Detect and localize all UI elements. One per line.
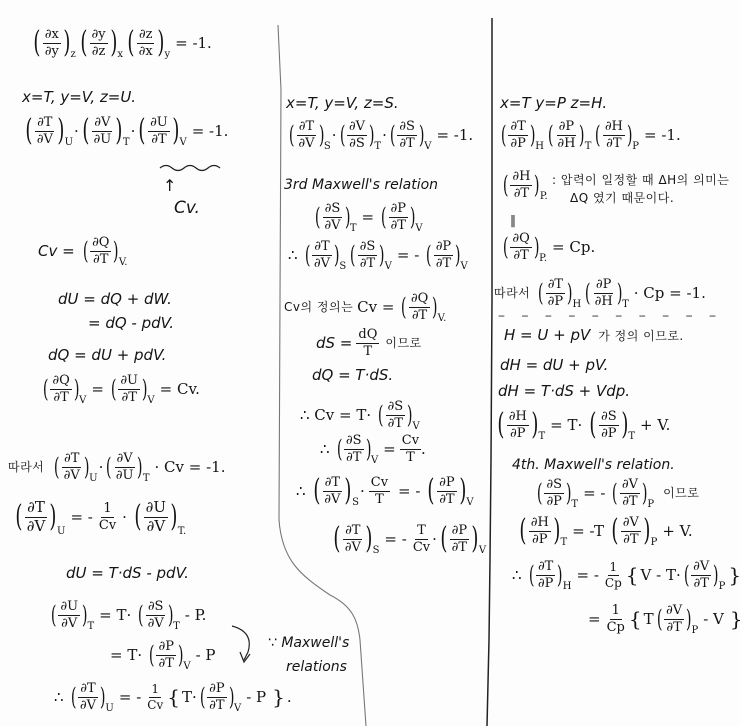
- cyclic-TVS: (∂T∂V)S· (∂V∂S)T· (∂S∂T)V = -1.: [286, 120, 477, 150]
- cyclic-TVU: (∂T∂V)U· (∂V∂U)T· (∂U∂T)V = -1.: [22, 116, 232, 146]
- equals-vertical: ‖: [510, 214, 516, 226]
- substitution-TPH: x=T y=P z=H.: [500, 96, 607, 111]
- dQ-TdS: dQ = T·dS.: [312, 368, 393, 383]
- notes-page: (∂x∂y)z (∂y∂z)x (∂z∂x)y = -1. x=T, y=V, …: [0, 0, 740, 726]
- dSdT-relation: ∴ (∂S∂T)V = CvT.: [316, 434, 426, 464]
- dHdT-P: (∂H∂T)P.: [500, 170, 549, 200]
- substitution-TVS: x=T, y=V, z=S.: [286, 96, 399, 111]
- cv-TdS: ∴ Cv = T· (∂S∂T)V: [296, 400, 421, 430]
- dashed-separator: – – – – – – – – – –: [498, 308, 722, 324]
- fundamental-relation: dU = T·dS - pdV.: [66, 566, 189, 581]
- dHdT-note-line1: : 압력이 일정할 때 ΔH의 의미는: [552, 174, 729, 186]
- dHdT-note-line2: ΔQ 였기 때문이다.: [570, 192, 674, 204]
- maxwell-4-title: 4th. Maxwell's relation.: [512, 458, 675, 472]
- dHdP-2: (∂H∂P)T = -T (∂V∂T)P + V.: [516, 516, 697, 546]
- cp-definition: (∂Q∂T)P. = Cp.: [500, 232, 599, 262]
- joule-coefficient-result: ∴ (∂T∂V)U = - 1Cv {T· (∂P∂T)V - P}.: [50, 682, 292, 712]
- dUdV-2: = T· (∂P∂T)V - P: [106, 640, 220, 670]
- cv-definition: Cv = (∂Q∂T)V.: [38, 236, 128, 266]
- substitution-TVU: x=T, y=V, z=U.: [22, 90, 136, 105]
- middle-therefore-2: ∴ (∂T∂V)S· CvT = - (∂P∂T)V: [292, 476, 475, 506]
- joule-coefficient-1: (∂T∂V)U = - 1Cv · (∂U∂V)T.: [12, 500, 187, 535]
- first-law-2: = dQ - pdV.: [88, 316, 174, 331]
- cv-relation: (∂Q∂T)V = (∂U∂T)V = Cv.: [40, 374, 204, 404]
- therefore-TVU: 따라서 (∂T∂V)U· (∂V∂U)T · Cv = -1.: [8, 452, 229, 482]
- cv-definition-middle: Cv의 정의는 Cv = (∂Q∂T)V.: [284, 292, 447, 322]
- therefore-TPH: 따라서 (∂T∂P)H (∂P∂H)T · Cp = -1.: [494, 278, 710, 308]
- maxwell-note-line2: relations: [286, 660, 347, 674]
- cyclic-rule-general: (∂x∂y)z (∂y∂z)x (∂z∂x)y = -1.: [30, 28, 216, 58]
- cyclic-TPH: (∂T∂P)H (∂P∂H)T (∂H∂T)P = -1.: [498, 120, 685, 150]
- dUdV-1: (∂U∂V)T = T· (∂S∂V)T - P.: [48, 600, 210, 630]
- joule-thomson-1: ∴ (∂T∂P)H = - 1Cp {V - T· (∂V∂T)P }: [508, 560, 740, 590]
- maxwell-4-relation: (∂S∂P)T = - (∂V∂T)P 이므로: [534, 478, 699, 508]
- maxwell-note-line1: ∵ Maxwell's: [268, 636, 349, 650]
- entropy-definition: dS = dQT 이므로: [316, 328, 422, 358]
- joule-thomson-2: = 1Cp {T (∂V∂T)P - V}: [584, 604, 740, 634]
- dHdP-1: (∂H∂P)T = T· (∂S∂P)T + V.: [494, 410, 674, 440]
- enthalpy-definition: H = U + pV 가 정의 이므로.: [504, 328, 684, 343]
- first-law-1: dU = dQ + dW.: [58, 292, 172, 307]
- middle-therefore-1: ∴ (∂T∂V)S (∂S∂T)V = - (∂P∂T)V: [284, 240, 469, 270]
- first-law-3: dQ = dU + pdV.: [48, 348, 166, 363]
- dH-2: dH = T·dS + Vdp.: [498, 384, 630, 399]
- maxwell-3-relation: (∂S∂V)T = (∂P∂T)V: [312, 202, 424, 232]
- annotation-arrow-icon: ↑: [163, 178, 176, 194]
- middle-result: (∂T∂V)S = - TCv· (∂P∂T)V: [330, 524, 487, 554]
- maxwell-3-title: 3rd Maxwell's relation: [284, 178, 438, 192]
- annotation-cv: Cv.: [174, 200, 200, 217]
- dH-1: dH = dU + pV.: [500, 358, 608, 373]
